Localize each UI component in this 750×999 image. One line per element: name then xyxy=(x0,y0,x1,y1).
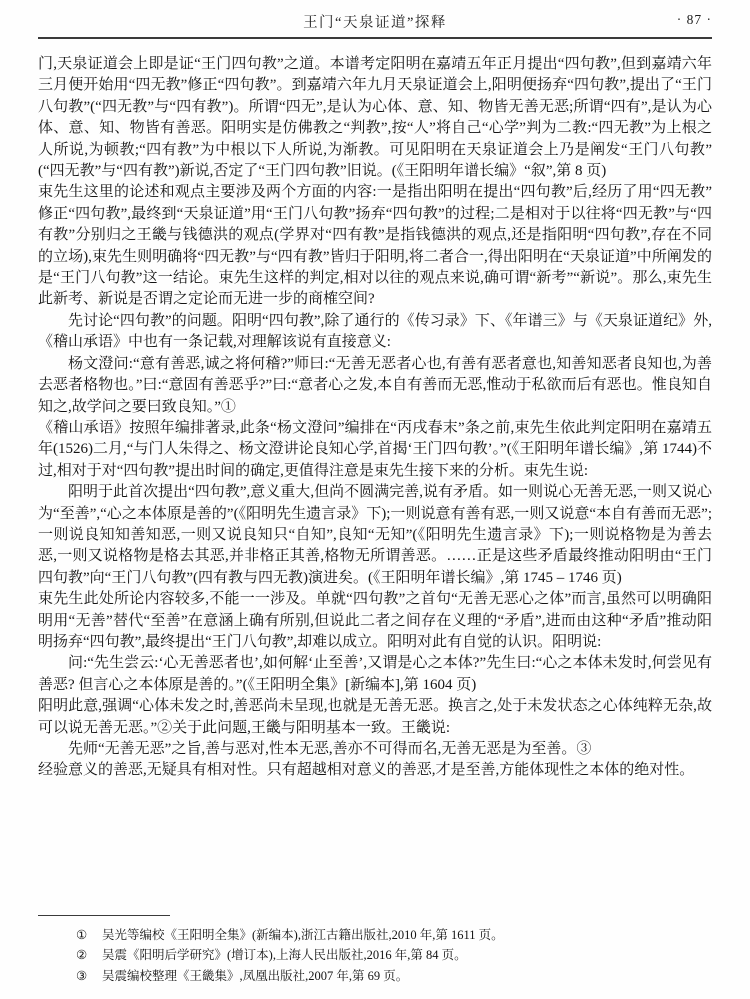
document-page: 王门“天泉证道”探释 · 87 · 门,天泉证道会上即是证“王门四句教”之道。本… xyxy=(0,0,750,999)
footnote-text: 吴震《阳明后学研究》(增订本),上海人民出版社,2016 年,第 84 页。 xyxy=(102,948,467,962)
footnote-marker: ② xyxy=(76,945,102,966)
body-paragraph: 先讨论“四句教”的问题。阳明“四句教”,除了通行的《传习录》下、《年谱三》与《天… xyxy=(38,311,712,354)
header-rule xyxy=(38,37,712,39)
quote-paragraph: 阳明于此首次提出“四句教”,意义重大,但尚不圆满完善,说有矛盾。如一则说心无善无… xyxy=(38,482,712,589)
footnote-divider xyxy=(38,915,170,916)
body-paragraph: 经验意义的善恶,无疑具有相对性。只有超越相对意义的善恶,才是至善,方能体现性之本… xyxy=(38,760,712,781)
footnote-marker: ① xyxy=(76,925,102,946)
page-header: 王门“天泉证道”探释 · 87 · xyxy=(38,11,712,33)
quote-paragraph: 杨文澄问:“意有善恶,诚之将何稽?”师曰:“无善无恶者心也,有善有恶者意也,知善… xyxy=(38,354,712,418)
article-body: 门,天泉证道会上即是证“王门四句教”之道。本谱考定阳明在嘉靖五年正月提出“四句教… xyxy=(38,54,712,782)
running-title: 王门“天泉证道”探释 xyxy=(38,11,712,32)
body-paragraph: 阳明此意,强调“心体未发之时,善恶尚未呈现,也就是无善无恶。换言之,处于未发状态… xyxy=(38,696,712,739)
footnote-text: 吴震编校整理《王畿集》,凤凰出版社,2007 年,第 69 页。 xyxy=(102,969,408,983)
footnotes-section: ①吴光等编校《王阳明全集》(新编本),浙江古籍出版社,2010 年,第 1611… xyxy=(38,915,712,987)
page-number: · 87 · xyxy=(677,12,712,28)
footnote: ②吴震《阳明后学研究》(增订本),上海人民出版社,2016 年,第 84 页。 xyxy=(38,945,712,966)
footnote-text: 吴光等编校《王阳明全集》(新编本),浙江古籍出版社,2010 年,第 1611 … xyxy=(102,928,504,942)
footnote-marker: ③ xyxy=(76,966,102,987)
footnote: ①吴光等编校《王阳明全集》(新编本),浙江古籍出版社,2010 年,第 1611… xyxy=(38,925,712,946)
body-paragraph: 束先生这里的论述和观点主要涉及两个方面的内容:一是指出阳明在提出“四句教”后,经… xyxy=(38,182,712,310)
body-paragraph: 《稽山承语》按照年编排著录,此条“杨文澄问”编排在“丙戌春末”条之前,束先生依此… xyxy=(38,418,712,482)
quote-paragraph: 问:“先生尝云:‘心无善恶者也’,如何解‘止至善’,又谓是心之本体?”先生曰:“… xyxy=(38,653,712,696)
quote-paragraph: 先师“无善无恶”之旨,善与恶对,性本无恶,善亦不可得而名,无善无恶是为至善。③ xyxy=(38,739,712,760)
quote-paragraph-continuation: 门,天泉证道会上即是证“王门四句教”之道。本谱考定阳明在嘉靖五年正月提出“四句教… xyxy=(38,54,712,182)
body-paragraph: 束先生此处所论内容较多,不能一一涉及。单就“四句教”之首句“无善无恶心之体”而言… xyxy=(38,589,712,653)
footnote: ③吴震编校整理《王畿集》,凤凰出版社,2007 年,第 69 页。 xyxy=(38,966,712,987)
